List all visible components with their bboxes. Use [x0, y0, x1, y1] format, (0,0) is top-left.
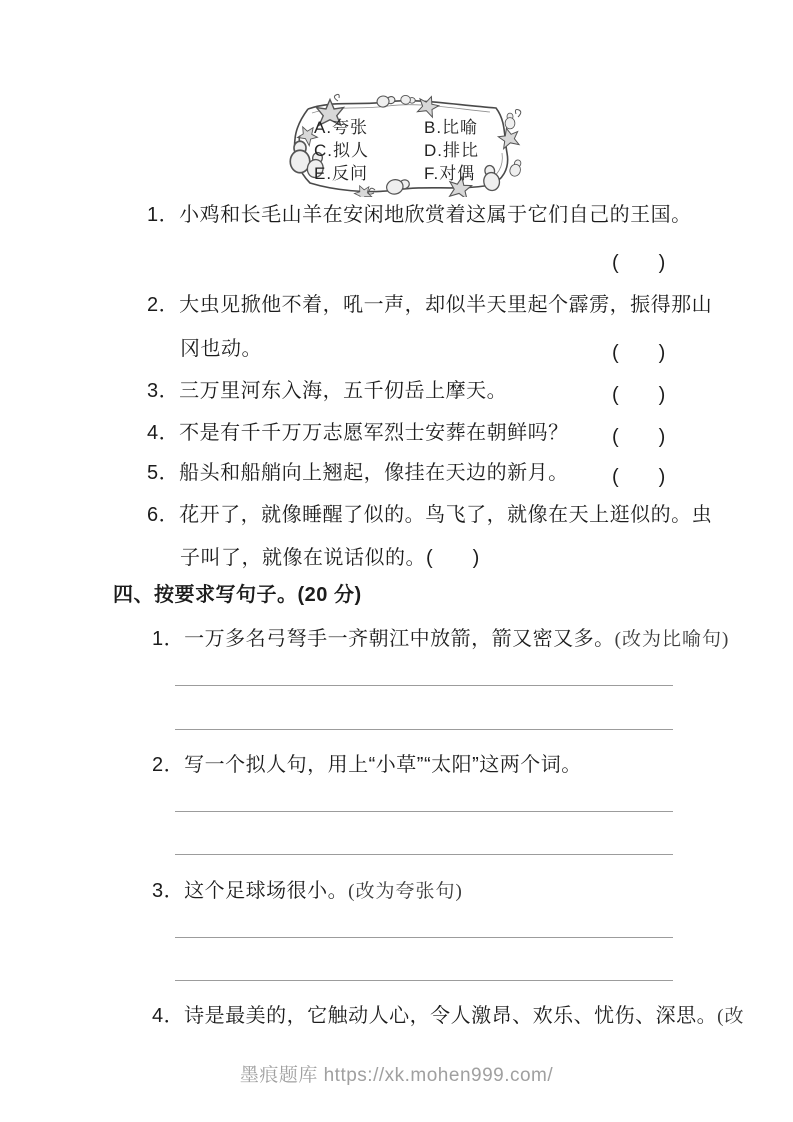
- sec4-q1-text: 1．一万多名弓弩手一齐朝江中放箭，箭又密又多。(改为比喻句): [152, 626, 729, 653]
- match-q6-line2-text: 子叫了，就像在说话似的。: [180, 547, 426, 569]
- match-q4-text: 4．不是有千千万万志愿军烈士安葬在朝鲜吗？: [147, 420, 569, 447]
- rhetoric-options-box: A.夸张 B.比喻 C.拟人 D.排比 E.反问 F.对偶: [278, 93, 523, 197]
- option-f: F.对偶: [424, 162, 479, 185]
- option-a: A.夸张: [314, 116, 424, 139]
- section4-heading: 四、按要求写句子。(20 分): [113, 578, 362, 607]
- sec4-q4-instruction-note: (改: [717, 1006, 744, 1027]
- match-q3-text: 3．三万里河东入海，五千仞岳上摩天。: [147, 378, 507, 405]
- sec4-q3-instruction-note: (改为夸张句): [348, 881, 463, 902]
- match-q6-answer-paren: ( ): [426, 547, 479, 569]
- sec4-q4-sentence: 4．诗是最美的，它触动人心，令人激昂、欢乐、忧伤、深思。: [152, 1005, 717, 1027]
- match-q6-text-line1: 6．花开了，就像睡醒了似的。鸟飞了，就像在天上逛似的。虫: [147, 502, 712, 529]
- match-q4-answer-paren: ( ): [612, 420, 665, 449]
- sec4-q3-text: 3．这个足球场很小。(改为夸张句): [152, 878, 463, 905]
- match-q1-text: 1．小鸡和长毛山羊在安闲地欣赏着这属于它们自己的王国。: [147, 202, 692, 229]
- worksheet-page: A.夸张 B.比喻 C.拟人 D.排比 E.反问 F.对偶 1．小鸡和长毛山羊在…: [0, 0, 793, 1122]
- sec4-q4-text: 4．诗是最美的，它触动人心，令人激昂、欢乐、忧伤、深思。(改: [152, 1003, 744, 1030]
- sec4-q3-answer-line-1[interactable]: [175, 936, 673, 938]
- sec4-q1-instruction-note: (改为比喻句): [615, 629, 730, 650]
- option-b: B.比喻: [424, 116, 479, 139]
- sec4-q2-answer-line-2[interactable]: [175, 853, 673, 855]
- rhetoric-options: A.夸张 B.比喻 C.拟人 D.排比 E.反问 F.对偶: [314, 116, 479, 185]
- site-watermark: 墨痕题库 https://xk.mohen999.com/: [0, 1060, 793, 1087]
- option-e: E.反问: [314, 162, 424, 185]
- match-q2-text-line2: 冈也动。: [180, 336, 262, 363]
- option-d: D.排比: [424, 139, 479, 162]
- match-q2-text-line1: 2．大虫见掀他不着，吼一声，却似半天里起个霹雳，振得那山: [147, 292, 712, 319]
- sec4-q3-answer-line-2[interactable]: [175, 979, 673, 981]
- match-q1-answer-paren: ( ): [612, 246, 665, 275]
- option-c: C.拟人: [314, 139, 424, 162]
- sec4-q2-text: 2．写一个拟人句，用上“小草”“太阳”这两个词。: [152, 752, 582, 779]
- sec4-q1-answer-line-1[interactable]: [175, 684, 673, 686]
- sec4-q2-answer-line-1[interactable]: [175, 810, 673, 812]
- sec4-q3-sentence: 3．这个足球场很小。: [152, 880, 348, 902]
- match-q3-answer-paren: ( ): [612, 378, 665, 407]
- match-q2-answer-paren: ( ): [612, 336, 665, 365]
- match-q6-text-line2: 子叫了，就像在说话似的。( ): [180, 545, 479, 572]
- match-q5-answer-paren: ( ): [612, 460, 665, 489]
- sec4-q1-sentence: 1．一万多名弓弩手一齐朝江中放箭，箭又密又多。: [152, 628, 615, 650]
- match-q5-text: 5．船头和船艄向上翘起，像挂在天边的新月。: [147, 460, 569, 487]
- sec4-q1-answer-line-2[interactable]: [175, 728, 673, 730]
